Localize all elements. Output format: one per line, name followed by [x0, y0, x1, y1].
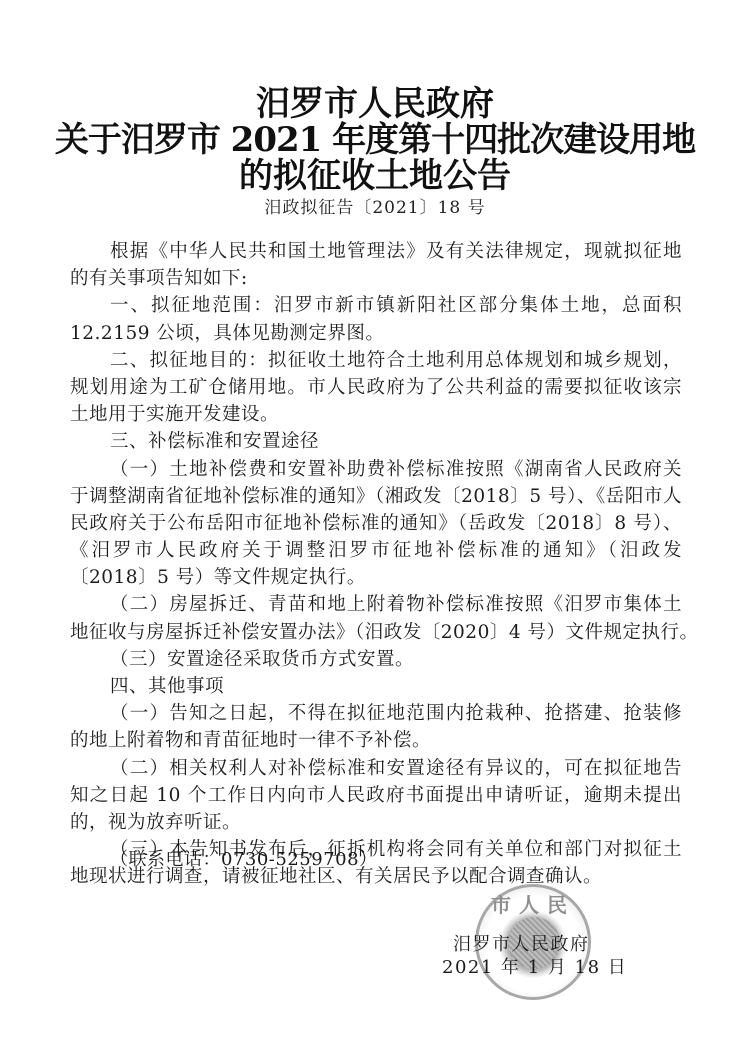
document-number: 汨政拟征告〔2021〕18 号 — [0, 197, 750, 219]
body-line: 的，视为放弃听证。 — [70, 809, 682, 836]
seal-text: 市人民 — [478, 889, 588, 918]
body-line: 根据《中华人民共和国土地管理法》及有关法律规定，现就拟征地 — [70, 238, 682, 265]
body-line: 土地用于实施开发建设。 — [70, 401, 682, 428]
body-line: 〔2018〕5 号）等文件规定执行。 — [70, 564, 682, 591]
body-line: 民政府关于公布岳阳市征地补偿标准的通知》（岳政发〔2018〕8 号）、 — [70, 510, 682, 537]
issue-date: 2021 年 1 月 18 日 — [442, 957, 627, 979]
body-line: 二、拟征地目的：拟征收土地符合土地利用总体规划和城乡规划， — [70, 347, 682, 374]
title-line-1: 汨罗市人民政府 — [0, 84, 750, 124]
title-line-3: 的拟征收土地公告 — [0, 156, 750, 196]
body-line: 三、补偿标准和安置途径 — [70, 428, 682, 455]
body-line: 于调整湖南省征地补偿标准的通知》（湘政发〔2018〕5 号）、《岳阳市人 — [70, 483, 682, 510]
body-line: 规划用途为工矿仓储用地。市人民政府为了公共利益的需要拟征收该宗 — [70, 374, 682, 401]
title-line-2: 关于汨罗市 2021 年度第十四批次建设用地 — [0, 120, 750, 160]
body-line: 一、拟征地范围：汨罗市新市镇新阳社区部分集体土地，总面积 — [70, 292, 682, 319]
body-line: （一）土地补偿费和安置补助费补偿标准按照《湖南省人民政府关 — [70, 456, 682, 483]
body-line: （二）相关权利人对补偿标准和安置途径有异议的，可在拟征地告 — [70, 755, 682, 782]
body-line: 四、其他事项 — [70, 673, 682, 700]
body-line: 12.2159 公顷，具体见勘测定界图。 — [70, 320, 682, 347]
body-line: 《汨罗市人民政府关于调整汨罗市征地补偿标准的通知》（汨政发 — [70, 537, 682, 564]
body-line: 知之日起 10 个工作日内向市人民政府书面提出申请听证，逾期未提出 — [70, 782, 682, 809]
body-line: 地征收与房屋拆迁补偿安置办法》（汨政发〔2020〕4 号）文件规定执行。 — [70, 619, 682, 646]
signer: 汨罗市人民政府 — [453, 934, 590, 956]
body-line: 的有关事项告知如下: — [70, 265, 682, 292]
contact-phone: （联系电话：0730-5259708） — [110, 848, 378, 872]
body-line: （三）安置途径采取货币方式安置。 — [70, 646, 682, 673]
body-line: （一）告知之日起，不得在拟征地范围内抢栽种、抢搭建、抢装修 — [70, 700, 682, 727]
body-line: （二）房屋拆迁、青苗和地上附着物补偿标准按照《汨罗市集体土 — [70, 591, 682, 618]
document-body: 根据《中华人民共和国土地管理法》及有关法律规定，现就拟征地的有关事项告知如下:一… — [70, 238, 682, 891]
body-line: 的地上附着物和青苗征地时一律不予补偿。 — [70, 727, 682, 754]
